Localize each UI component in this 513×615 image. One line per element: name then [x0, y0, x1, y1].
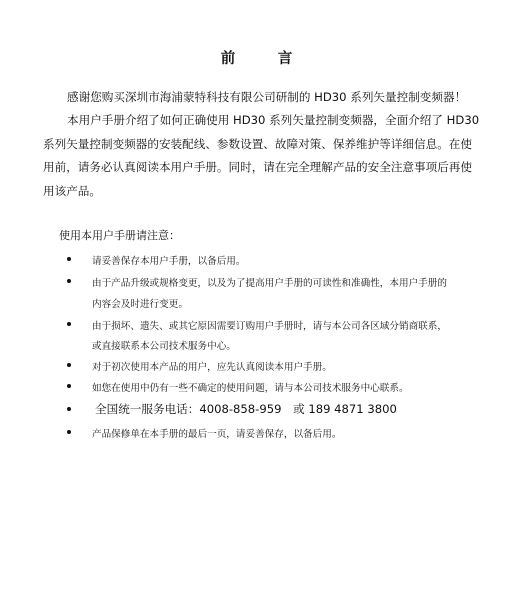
service-phone: 全国统一服务电话：4008-858-959 或 189 4871 3800 — [95, 401, 397, 417]
list-item-text: 请妥善保存本用户手册，以备后用。 — [92, 253, 246, 267]
intro-line: 系列矢量控制变频器的安装配线、参数设置、故障对策、保养维护等详细信息。在使 — [43, 133, 473, 157]
intro-line: 用前，请务必认真阅读本用户手册。同时，请在完全理解产品的安全注意事项后再使 — [43, 156, 473, 180]
bullet-icon — [67, 430, 71, 434]
intro-line: 用该产品。 — [43, 180, 473, 204]
bullet-icon — [67, 384, 71, 388]
list-item-text: 由于损坏、遗失、或其它原因需要订购用户手册时，请与本公司各区域分销商联系， — [92, 318, 447, 332]
list-item-text: 如您在使用中仍有一些不确定的使用问题，请与本公司技术服务中心联系。 — [92, 380, 409, 394]
list-item-text: 内容会及时进行变更。 — [92, 296, 188, 310]
list-item-text: 由于产品升级或规格变更，以及为了提高用户手册的可读性和准确性，本用户手册的 — [92, 275, 447, 289]
bullet-icon — [67, 322, 71, 326]
intro-paragraph: 本用户手册介绍了如何正确使用 HD30 系列矢量控制变频器，全面介绍了 HD30… — [43, 109, 473, 203]
intro-line: 本用户手册介绍了如何正确使用 HD30 系列矢量控制变频器，全面介绍了 HD30 — [43, 109, 473, 133]
notes-heading: 使用本用户手册请注意： — [59, 227, 180, 243]
bullet-icon — [67, 363, 71, 367]
intro-thanks: 感谢您购买深圳市海浦蒙特科技有限公司研制的 HD30 系列矢量控制变频器！ — [43, 86, 473, 110]
bullet-icon — [67, 257, 71, 261]
list-item-text: 对于初次使用本产品的用户，应先认真阅读本用户手册。 — [92, 359, 332, 373]
page-title: 前 言 — [0, 47, 513, 68]
intro-line: 感谢您购买深圳市海浦蒙特科技有限公司研制的 HD30 系列矢量控制变频器！ — [43, 86, 473, 110]
list-item-text: 产品保修单在本手册的最后一页，请妥善保存，以备后用。 — [92, 426, 341, 440]
bullet-icon — [67, 279, 71, 283]
bullet-icon — [67, 407, 71, 411]
list-item-text: 或直接联系本公司技术服务中心。 — [92, 338, 236, 352]
